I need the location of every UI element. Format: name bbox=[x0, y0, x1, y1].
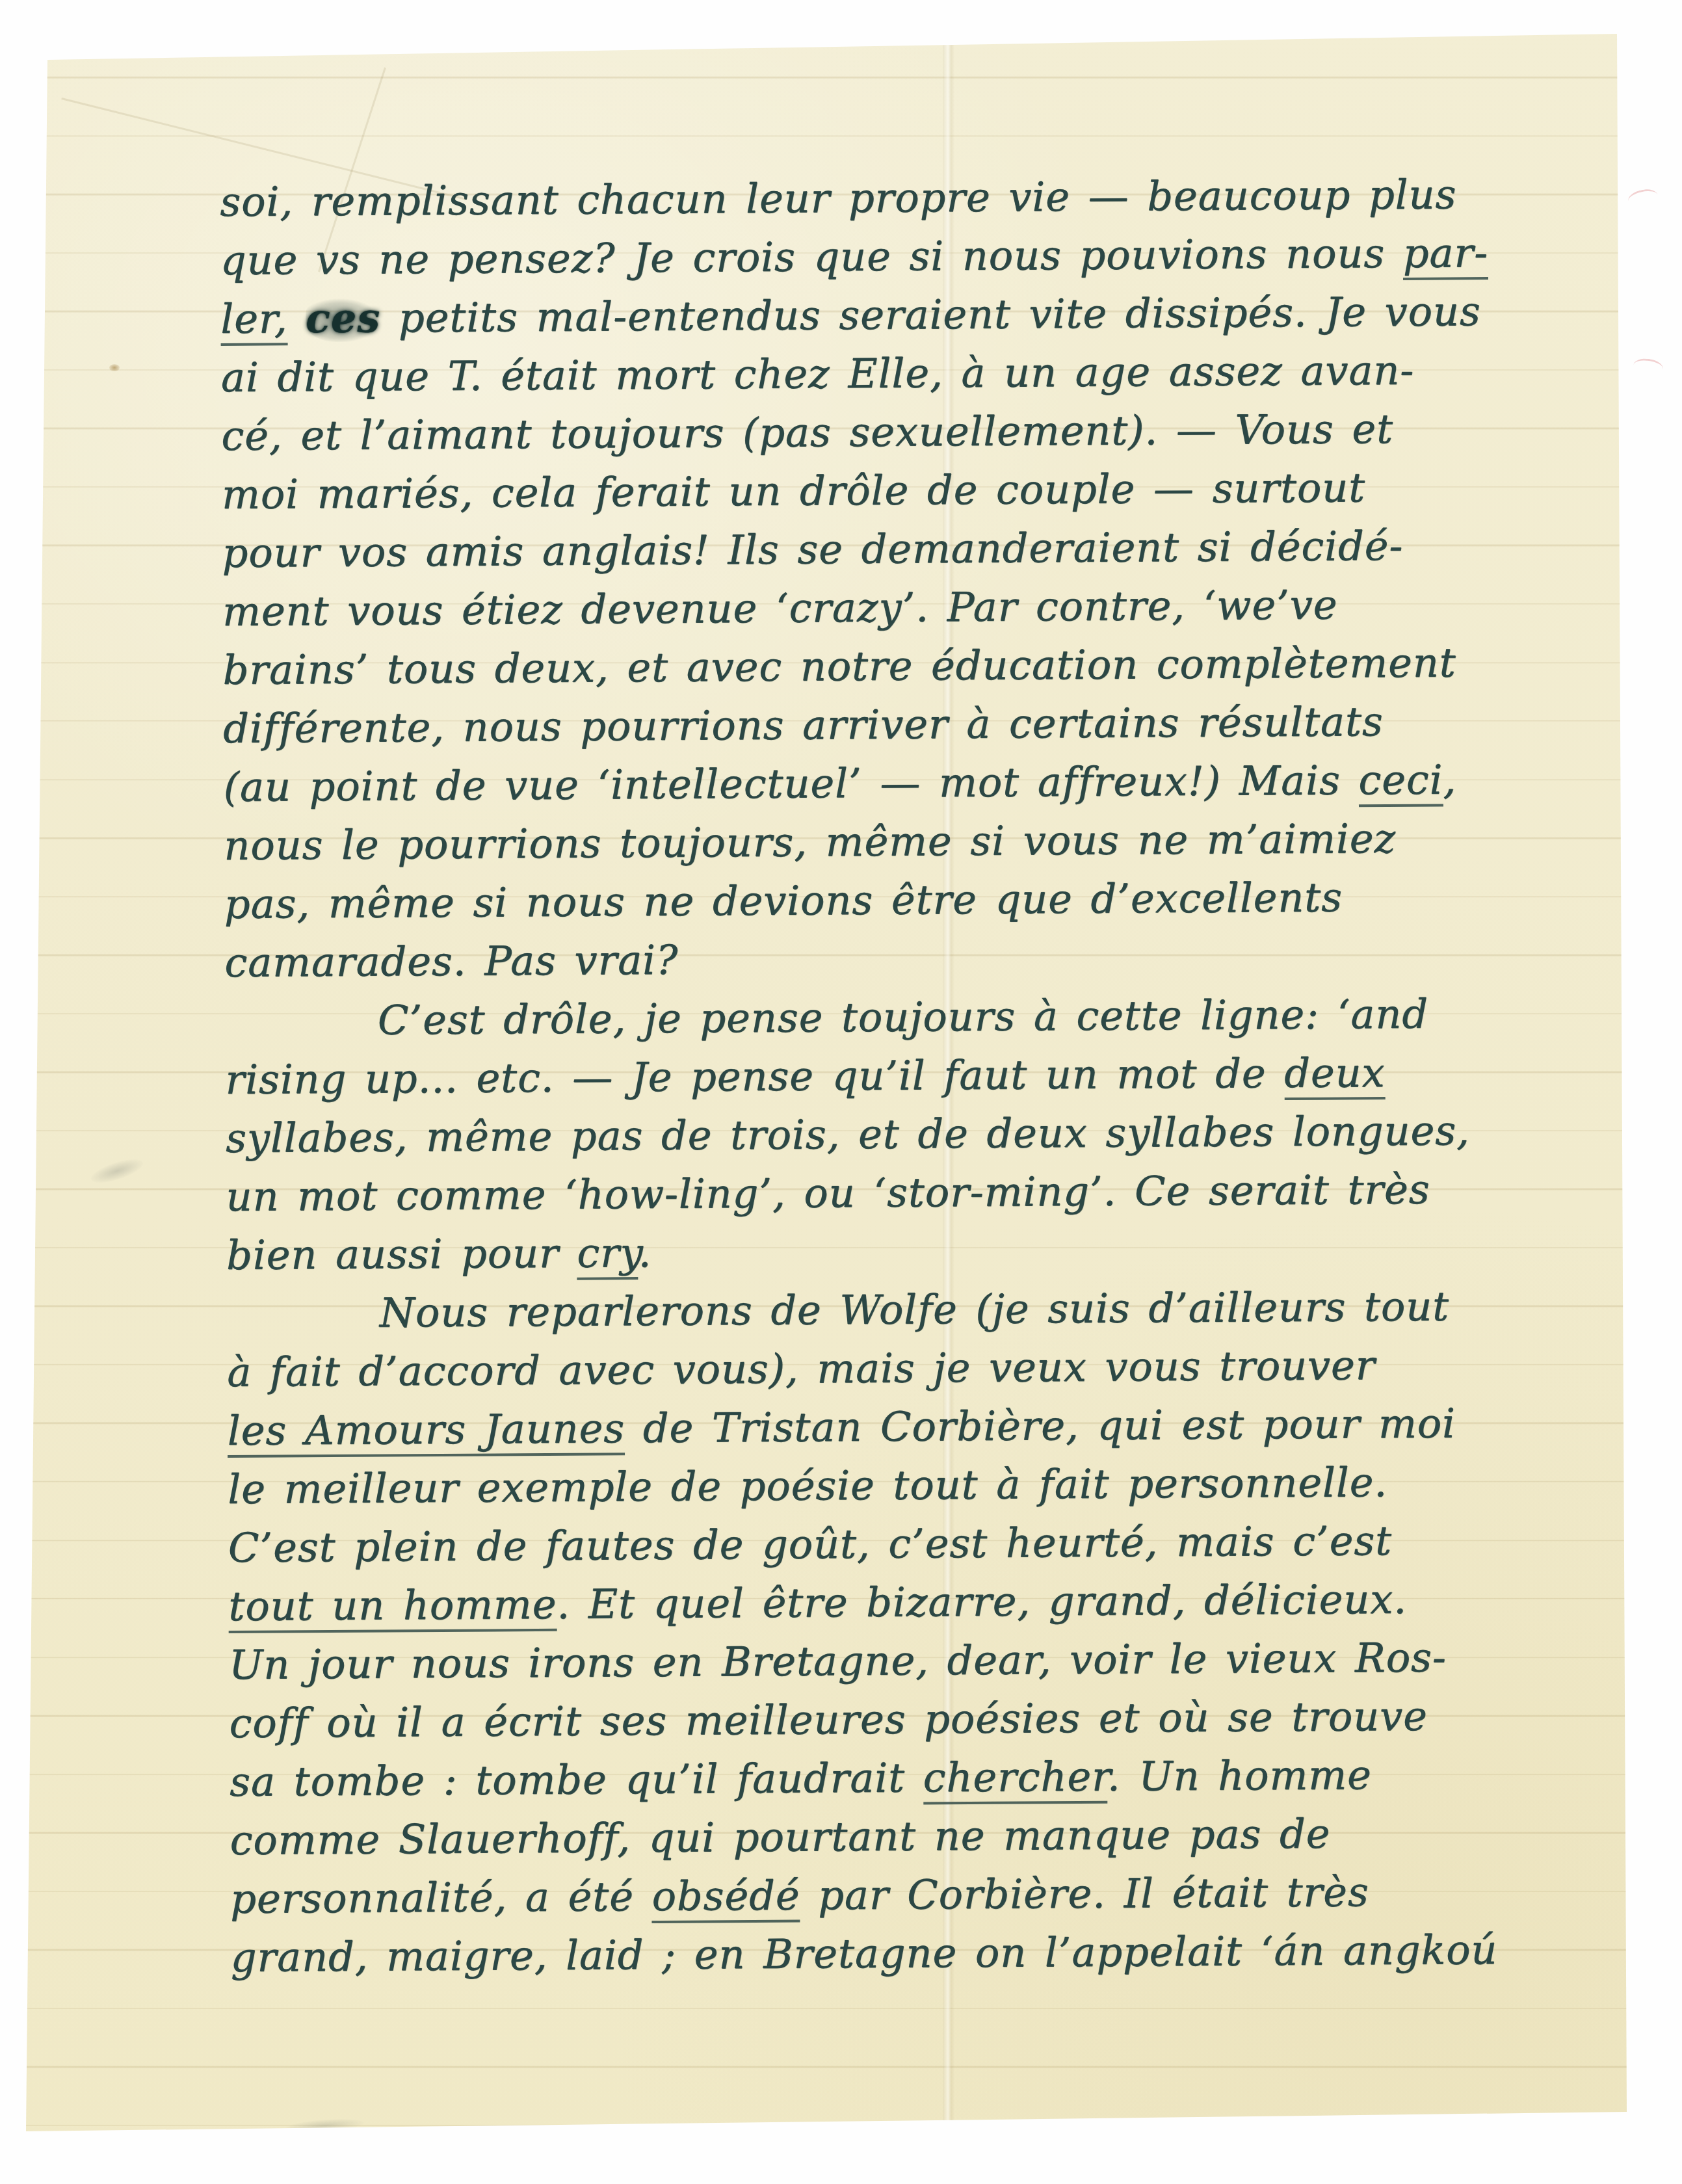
letter-word: brains’ tous deux, et avec notre éducati… bbox=[222, 638, 1456, 694]
letter-word: nous le pourrions toujours, même si vous… bbox=[224, 815, 1396, 869]
letter-line: syllabes, même pas de trois, et de deux … bbox=[226, 1101, 1585, 1168]
underlined-word: obsédé bbox=[651, 1872, 800, 1923]
letter-line: un mot comme ‘how-ling’, ou ‘stor-ming’.… bbox=[226, 1159, 1585, 1226]
letter-word: à fait d’accord avec vous), mais je veux… bbox=[227, 1341, 1375, 1396]
letter-line: le meilleur exemple de poésie tout à fai… bbox=[228, 1452, 1587, 1519]
ink-blot-word: ces bbox=[306, 294, 381, 342]
letter-word: soi, remplissant chacun leur propre vie … bbox=[220, 170, 1456, 226]
letter-word: par Corbière. Il était très bbox=[800, 1868, 1369, 1919]
scan-artifact-mark bbox=[1627, 187, 1659, 209]
letter-line: tout un homme. Et quel être bizarre, gra… bbox=[228, 1569, 1588, 1636]
letter-line: nous le pourrions toujours, même si vous… bbox=[224, 808, 1583, 875]
underlined-word: ceci bbox=[1358, 756, 1443, 808]
letter-line: que vs ne pensez? Je crois que si nous p… bbox=[220, 223, 1580, 290]
letter-word: C’est drôle, je pense toujours à cette l… bbox=[378, 990, 1428, 1044]
letter-line: camarades. Pas vrai? bbox=[224, 925, 1584, 992]
paper-stain bbox=[109, 364, 120, 371]
letter-word: moi mariés, cela ferait un drôle de coup… bbox=[222, 464, 1365, 518]
letter-word: , bbox=[1443, 756, 1456, 803]
letter-line: Un jour nous irons en Bretagne, dear, vo… bbox=[229, 1627, 1588, 1694]
scan-artifact-mark bbox=[1632, 357, 1664, 377]
letter-word: coff où il a écrit ses meilleures poésie… bbox=[229, 1692, 1428, 1747]
letter-word: pas, même si nous ne devions être que d’… bbox=[224, 873, 1343, 928]
letter-word: camarades. Pas vrai? bbox=[224, 936, 678, 986]
letter-word: bien aussi pour bbox=[226, 1230, 577, 1279]
letter-line: grand, maigre, laid ; en Bretagne on l’a… bbox=[230, 1920, 1590, 1987]
letter-line: bien aussi pour cry. bbox=[226, 1218, 1586, 1285]
underlined-word: ler, bbox=[220, 295, 288, 346]
letter-line: cé, et l’aimant toujours (pas sexuelleme… bbox=[221, 399, 1581, 466]
letter-word: ment vous étiez devenue ‘crazy’. Par con… bbox=[222, 581, 1338, 635]
letter-word: Nous reparlerons de Wolfe (je suis d’ail… bbox=[379, 1282, 1449, 1336]
letter-word: de Tristan Corbière, qui est pour moi bbox=[625, 1399, 1456, 1452]
underlined-word: par- bbox=[1403, 229, 1489, 280]
underlined-word: chercher bbox=[923, 1753, 1107, 1805]
letter-text: soi, remplissant chacun leur propre vie … bbox=[220, 164, 1590, 1987]
letter-line: moi mariés, cela ferait un drôle de coup… bbox=[222, 457, 1581, 524]
letter-word: que vs ne pensez? Je crois que si nous p… bbox=[220, 230, 1403, 284]
letter-word: pour vos amis anglais! Ils se demanderai… bbox=[222, 522, 1403, 577]
letter-line: ment vous étiez devenue ‘crazy’. Par con… bbox=[222, 574, 1582, 641]
letter-line: coff où il a écrit ses meilleures poésie… bbox=[229, 1686, 1588, 1753]
letter-word: un mot comme ‘how-ling’, ou ‘stor-ming’.… bbox=[226, 1166, 1430, 1220]
letter-word: Un jour nous irons en Bretagne, dear, vo… bbox=[229, 1634, 1447, 1689]
letter-line: brains’ tous deux, et avec notre éducati… bbox=[222, 633, 1582, 700]
letter-word: le meilleur exemple de poésie tout à fai… bbox=[228, 1458, 1387, 1513]
letter-word: . Et quel être bizarre, grand, délicieux… bbox=[557, 1575, 1407, 1628]
letter-line: Nous reparlerons de Wolfe (je suis d’ail… bbox=[226, 1276, 1586, 1343]
scanned-letter-page: { "document": { "kind": "Handwritten let… bbox=[0, 0, 1682, 2184]
letter-line: personnalité, a été obsédé par Corbière.… bbox=[230, 1862, 1590, 1928]
letter-word: syllabes, même pas de trois, et de deux … bbox=[226, 1107, 1470, 1162]
letter-word bbox=[287, 295, 306, 342]
letter-line: différente, nous pourrions arriver à cer… bbox=[223, 691, 1583, 758]
letter-line: à fait d’accord avec vous), mais je veux… bbox=[227, 1335, 1586, 1402]
letter-word: ai dit que T. était mort chez Elle, à un… bbox=[221, 347, 1415, 401]
letter-line: soi, remplissant chacun leur propre vie … bbox=[220, 164, 1579, 231]
letter-line: C’est plein de fautes de goût, c’est heu… bbox=[228, 1510, 1588, 1577]
underlined-word: deux bbox=[1284, 1049, 1386, 1100]
underlined-word: tout un homme bbox=[228, 1581, 557, 1633]
letter-line: rising up... etc. — Je pense qu’il faut … bbox=[225, 1042, 1584, 1109]
letter-word: rising up... etc. — Je pense qu’il faut … bbox=[225, 1049, 1284, 1103]
letter-word: différente, nous pourrions arriver à cer… bbox=[223, 698, 1384, 752]
letter-line: pour vos amis anglais! Ils se demanderai… bbox=[222, 516, 1581, 583]
letter-line: ler, ces petits mal-entendus seraient vi… bbox=[220, 282, 1580, 349]
underlined-word: les Amours Jaunes bbox=[228, 1404, 625, 1458]
letter-word: petits mal-entendus seraient vite dissip… bbox=[380, 287, 1481, 341]
letter-word: cé, et l’aimant toujours (pas sexuelleme… bbox=[221, 405, 1393, 460]
letter-line: pas, même si nous ne devions être que d’… bbox=[224, 867, 1584, 934]
underlined-word: cry bbox=[577, 1229, 638, 1280]
letter-word: comme Slauerhoff, qui pourtant ne manque… bbox=[230, 1810, 1330, 1864]
letter-line: les Amours Jaunes de Tristan Corbière, q… bbox=[228, 1393, 1587, 1460]
letter-line: C’est drôle, je pense toujours à cette l… bbox=[225, 984, 1584, 1051]
letter-word: . Un homme bbox=[1107, 1751, 1372, 1800]
letter-word: personnalité, a été bbox=[230, 1873, 652, 1923]
letter-line: (au point de vue ‘intellectuel’ — mot af… bbox=[223, 750, 1583, 817]
letter-line: ai dit que T. était mort chez Elle, à un… bbox=[221, 340, 1581, 407]
letter-word: sa tombe : tombe qu’il faudrait bbox=[230, 1754, 923, 1806]
letter-word: . bbox=[638, 1229, 651, 1276]
letter-line: sa tombe : tombe qu’il faudrait chercher… bbox=[230, 1744, 1589, 1811]
letter-word: C’est plein de fautes de goût, c’est heu… bbox=[228, 1517, 1393, 1572]
letter-page: soi, remplissant chacun leur propre vie … bbox=[0, 0, 1682, 2184]
letter-line: comme Slauerhoff, qui pourtant ne manque… bbox=[230, 1803, 1589, 1870]
letter-word: (au point de vue ‘intellectuel’ — mot af… bbox=[224, 756, 1359, 811]
letter-word: grand, maigre, laid ; en Bretagne on l’a… bbox=[231, 1926, 1498, 1981]
